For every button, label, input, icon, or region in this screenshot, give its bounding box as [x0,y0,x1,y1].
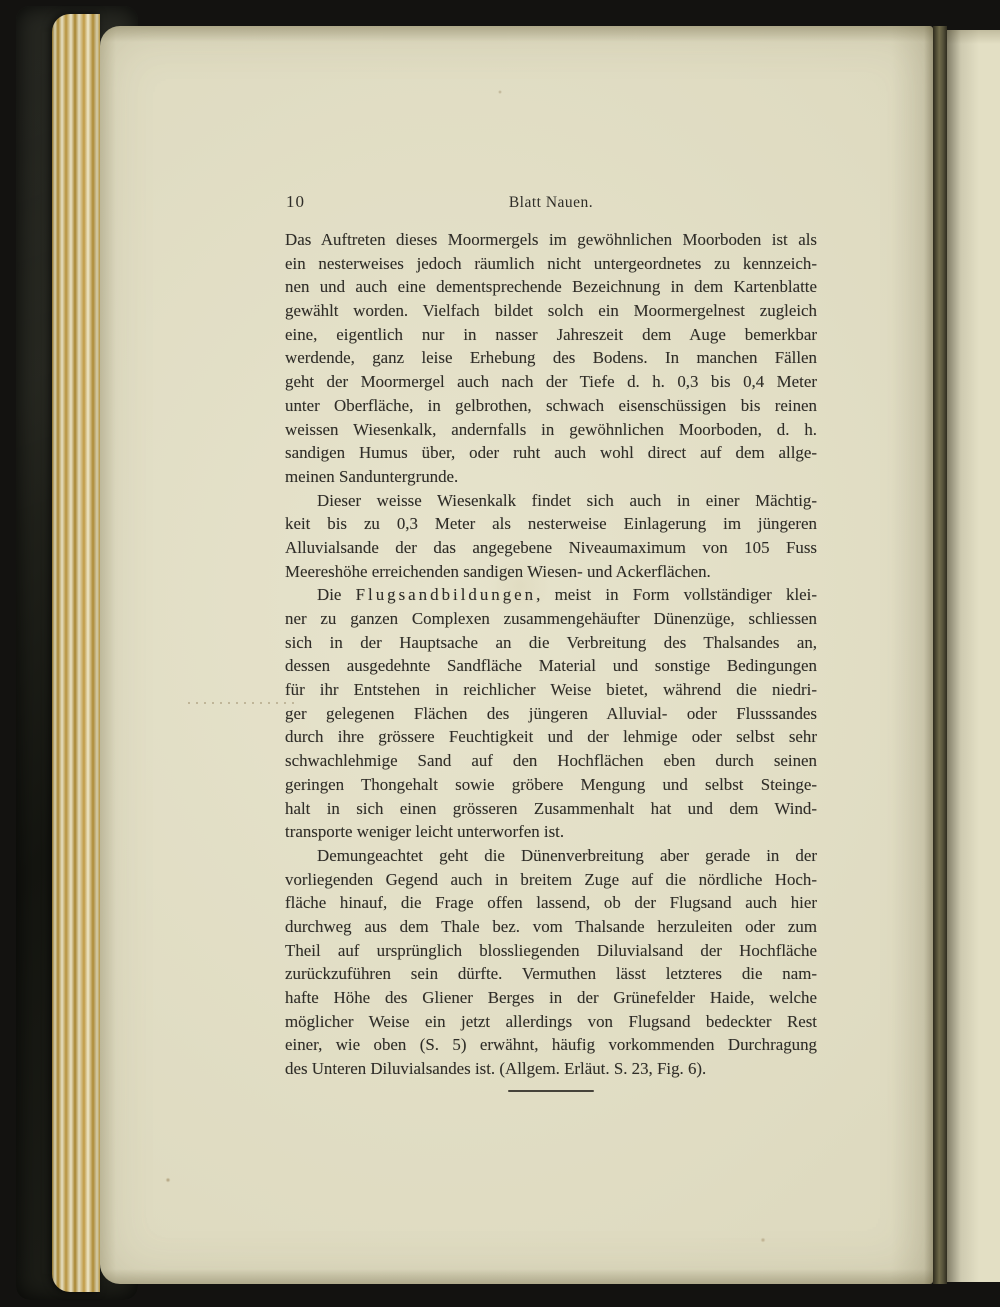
body-text: Das Auftreten dieses Moormergels im gewö… [285,228,817,1081]
text-line: eine, eigentlich nur in nasser Jahreszei… [285,323,817,347]
gilt-page-edges [52,14,100,1292]
text-line: werdende, ganz leise Erhebung des Bodens… [285,346,817,370]
running-header: Blatt Nauen. [285,194,817,212]
facing-page-edge [947,30,1000,1282]
text-line: geht der Moormergel auch nach der Tiefe … [285,370,817,394]
text-line: transporte weniger leicht unterworfen is… [285,820,817,844]
text-line: Das Auftreten dieses Moormergels im gewö… [285,228,817,252]
print-artifact-dots [188,702,298,704]
text-line: Theil auf ursprünglich blossliegenden Di… [285,939,817,963]
book-page: 10 Blatt Nauen. Das Auftreten dieses Moo… [100,26,933,1284]
text-line: Demungeachtet geht die Dünenverbreitung … [285,844,817,868]
text-line: halt in sich einen grösseren Zusammenhal… [285,797,817,821]
section-end-rule [508,1090,594,1092]
text-line: hafte Höhe des Gliener Berges in der Grü… [285,986,817,1010]
text-line: ner zu ganzen Complexen zusammengehäufte… [285,607,817,631]
type-area: 10 Blatt Nauen. Das Auftreten dieses Moo… [285,192,817,1092]
text-segment: , meist in Form vollständiger klei- [536,585,817,604]
text-line: sich in der Hauptsache an die Verbreitun… [285,631,817,655]
text-line: keit bis zu 0,3 Meter als nesterweise Ei… [285,512,817,536]
text-line: durchweg aus dem Thale bez. vom Thalsand… [285,915,817,939]
text-line: möglicher Weise ein jetzt allerdings von… [285,1010,817,1034]
text-line: vorliegenden Gegend auch in breitem Zuge… [285,868,817,892]
text-segment: Die [317,585,356,604]
text-line: unter Oberfläche, in gelbrothen, schwach… [285,394,817,418]
text-line: fläche hinauf, die Frage offen lassend, … [285,891,817,915]
text-line: zurückzuführen sein dürfte. Vermuthen lä… [285,962,817,986]
text-line: weissen Wiesenkalk, andernfalls in gewöh… [285,418,817,442]
text-line: gewählt worden. Vielfach bildet solch ei… [285,299,817,323]
text-line: ger gelegenen Flächen des jüngeren Alluv… [285,702,817,726]
letterspaced-term: Flugsandbildungen [356,585,537,604]
gutter-shadow [933,26,947,1284]
text-line: nen und auch eine dementsprechende Bezei… [285,275,817,299]
text-line: dessen ausgedehnte Sandfläche Material u… [285,654,817,678]
text-line: des Unteren Diluvialsandes ist. (Allgem.… [285,1057,817,1081]
text-line: schwachlehmige Sand auf den Hochflächen … [285,749,817,773]
text-line: Meereshöhe erreichenden sandigen Wiesen-… [285,560,817,584]
text-line: Die Flugsandbildungen, meist in Form vol… [285,583,817,607]
scanned-book-photo: 10 Blatt Nauen. Das Auftreten dieses Moo… [0,0,1000,1307]
text-line: geringen Thongehalt sowie gröbere Mengun… [285,773,817,797]
text-line: Dieser weisse Wiesenkalk findet sich auc… [285,489,817,513]
text-line: meinen Sanduntergrunde. [285,465,817,489]
text-line: sandigen Humus über, oder ruht auch wohl… [285,441,817,465]
text-line: einer, wie oben (S. 5) erwähnt, häufig v… [285,1033,817,1057]
text-line: für ihr Entstehen in reichlicher Weise b… [285,678,817,702]
page-header: 10 Blatt Nauen. [285,192,817,216]
text-line: ein nesterweises jedoch räumlich nicht u… [285,252,817,276]
text-line: durch ihre grössere Feuchtigkeit und der… [285,725,817,749]
text-line: Alluvialsande der das angegebene Niveaum… [285,536,817,560]
